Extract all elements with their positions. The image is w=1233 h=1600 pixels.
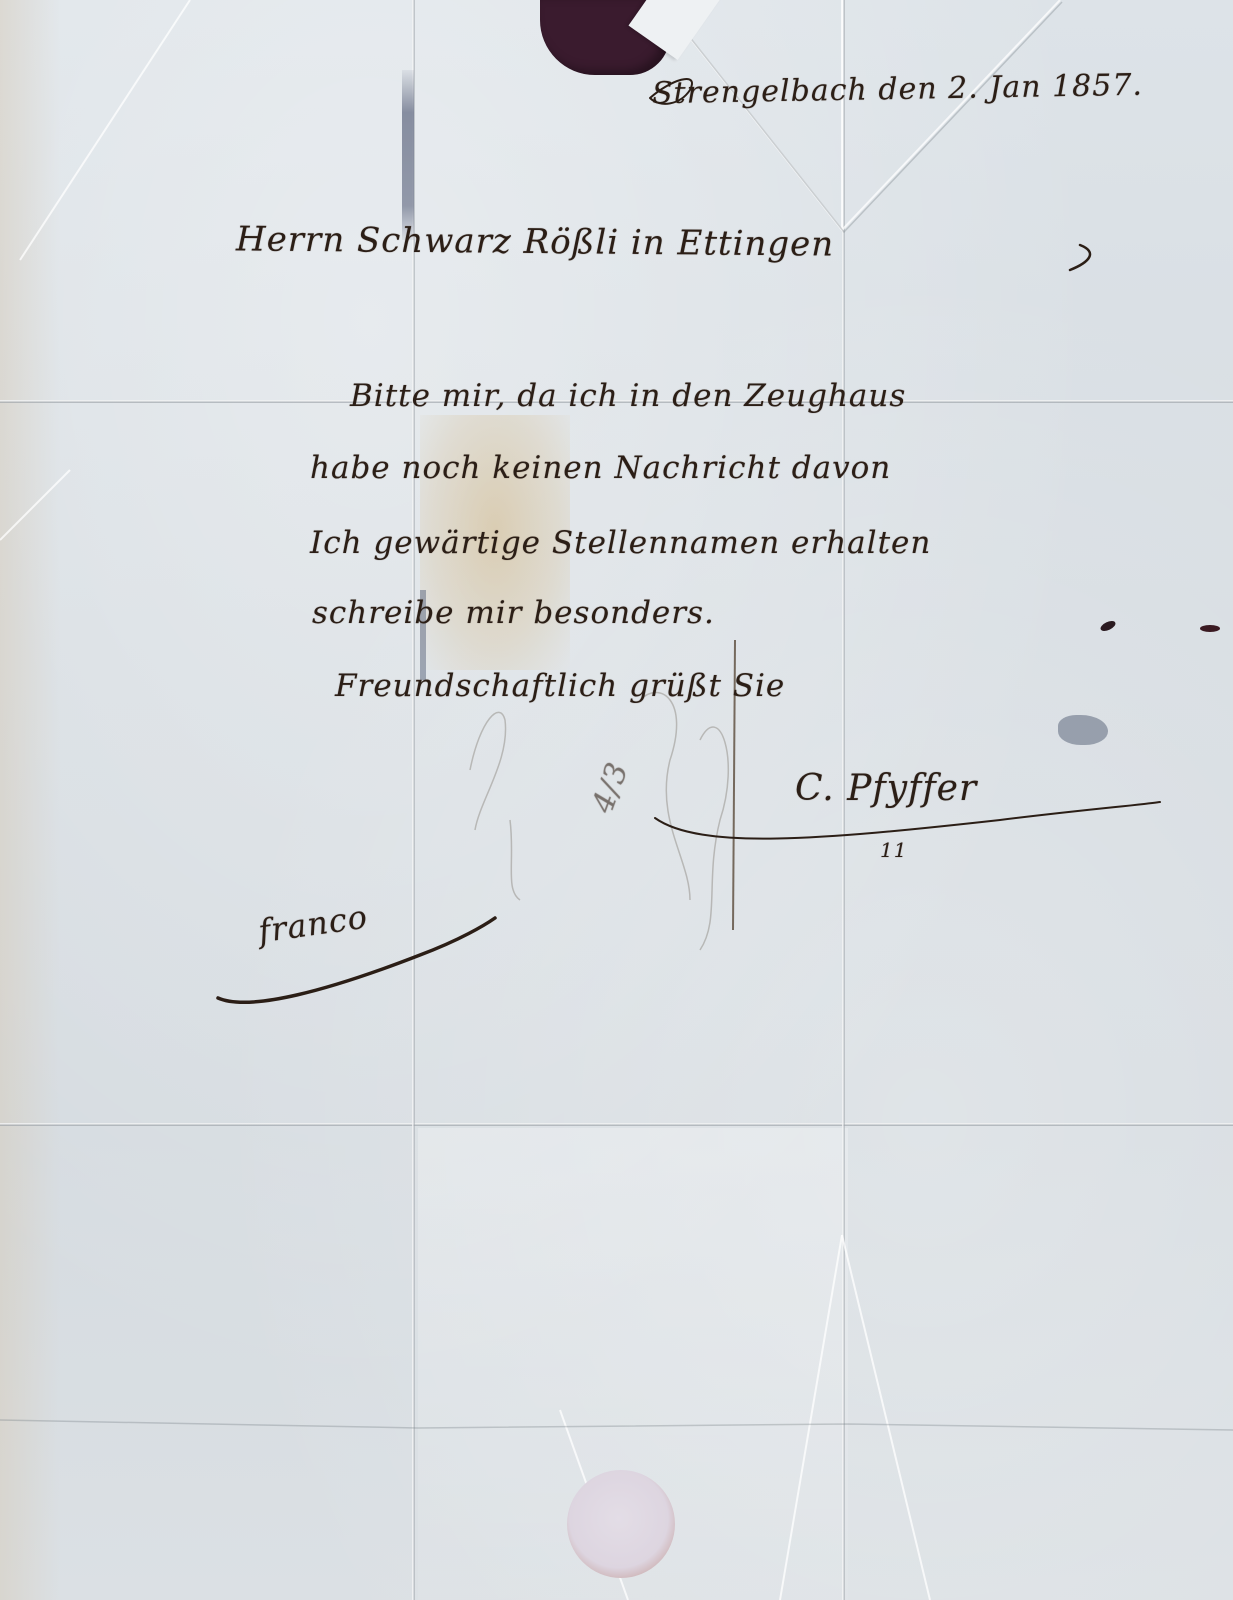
letter-sheet: Strengelbach den 2. Jan 1857. Herrn Schw…: [0, 0, 1233, 1600]
pen-flourishes: [0, 0, 1233, 1600]
